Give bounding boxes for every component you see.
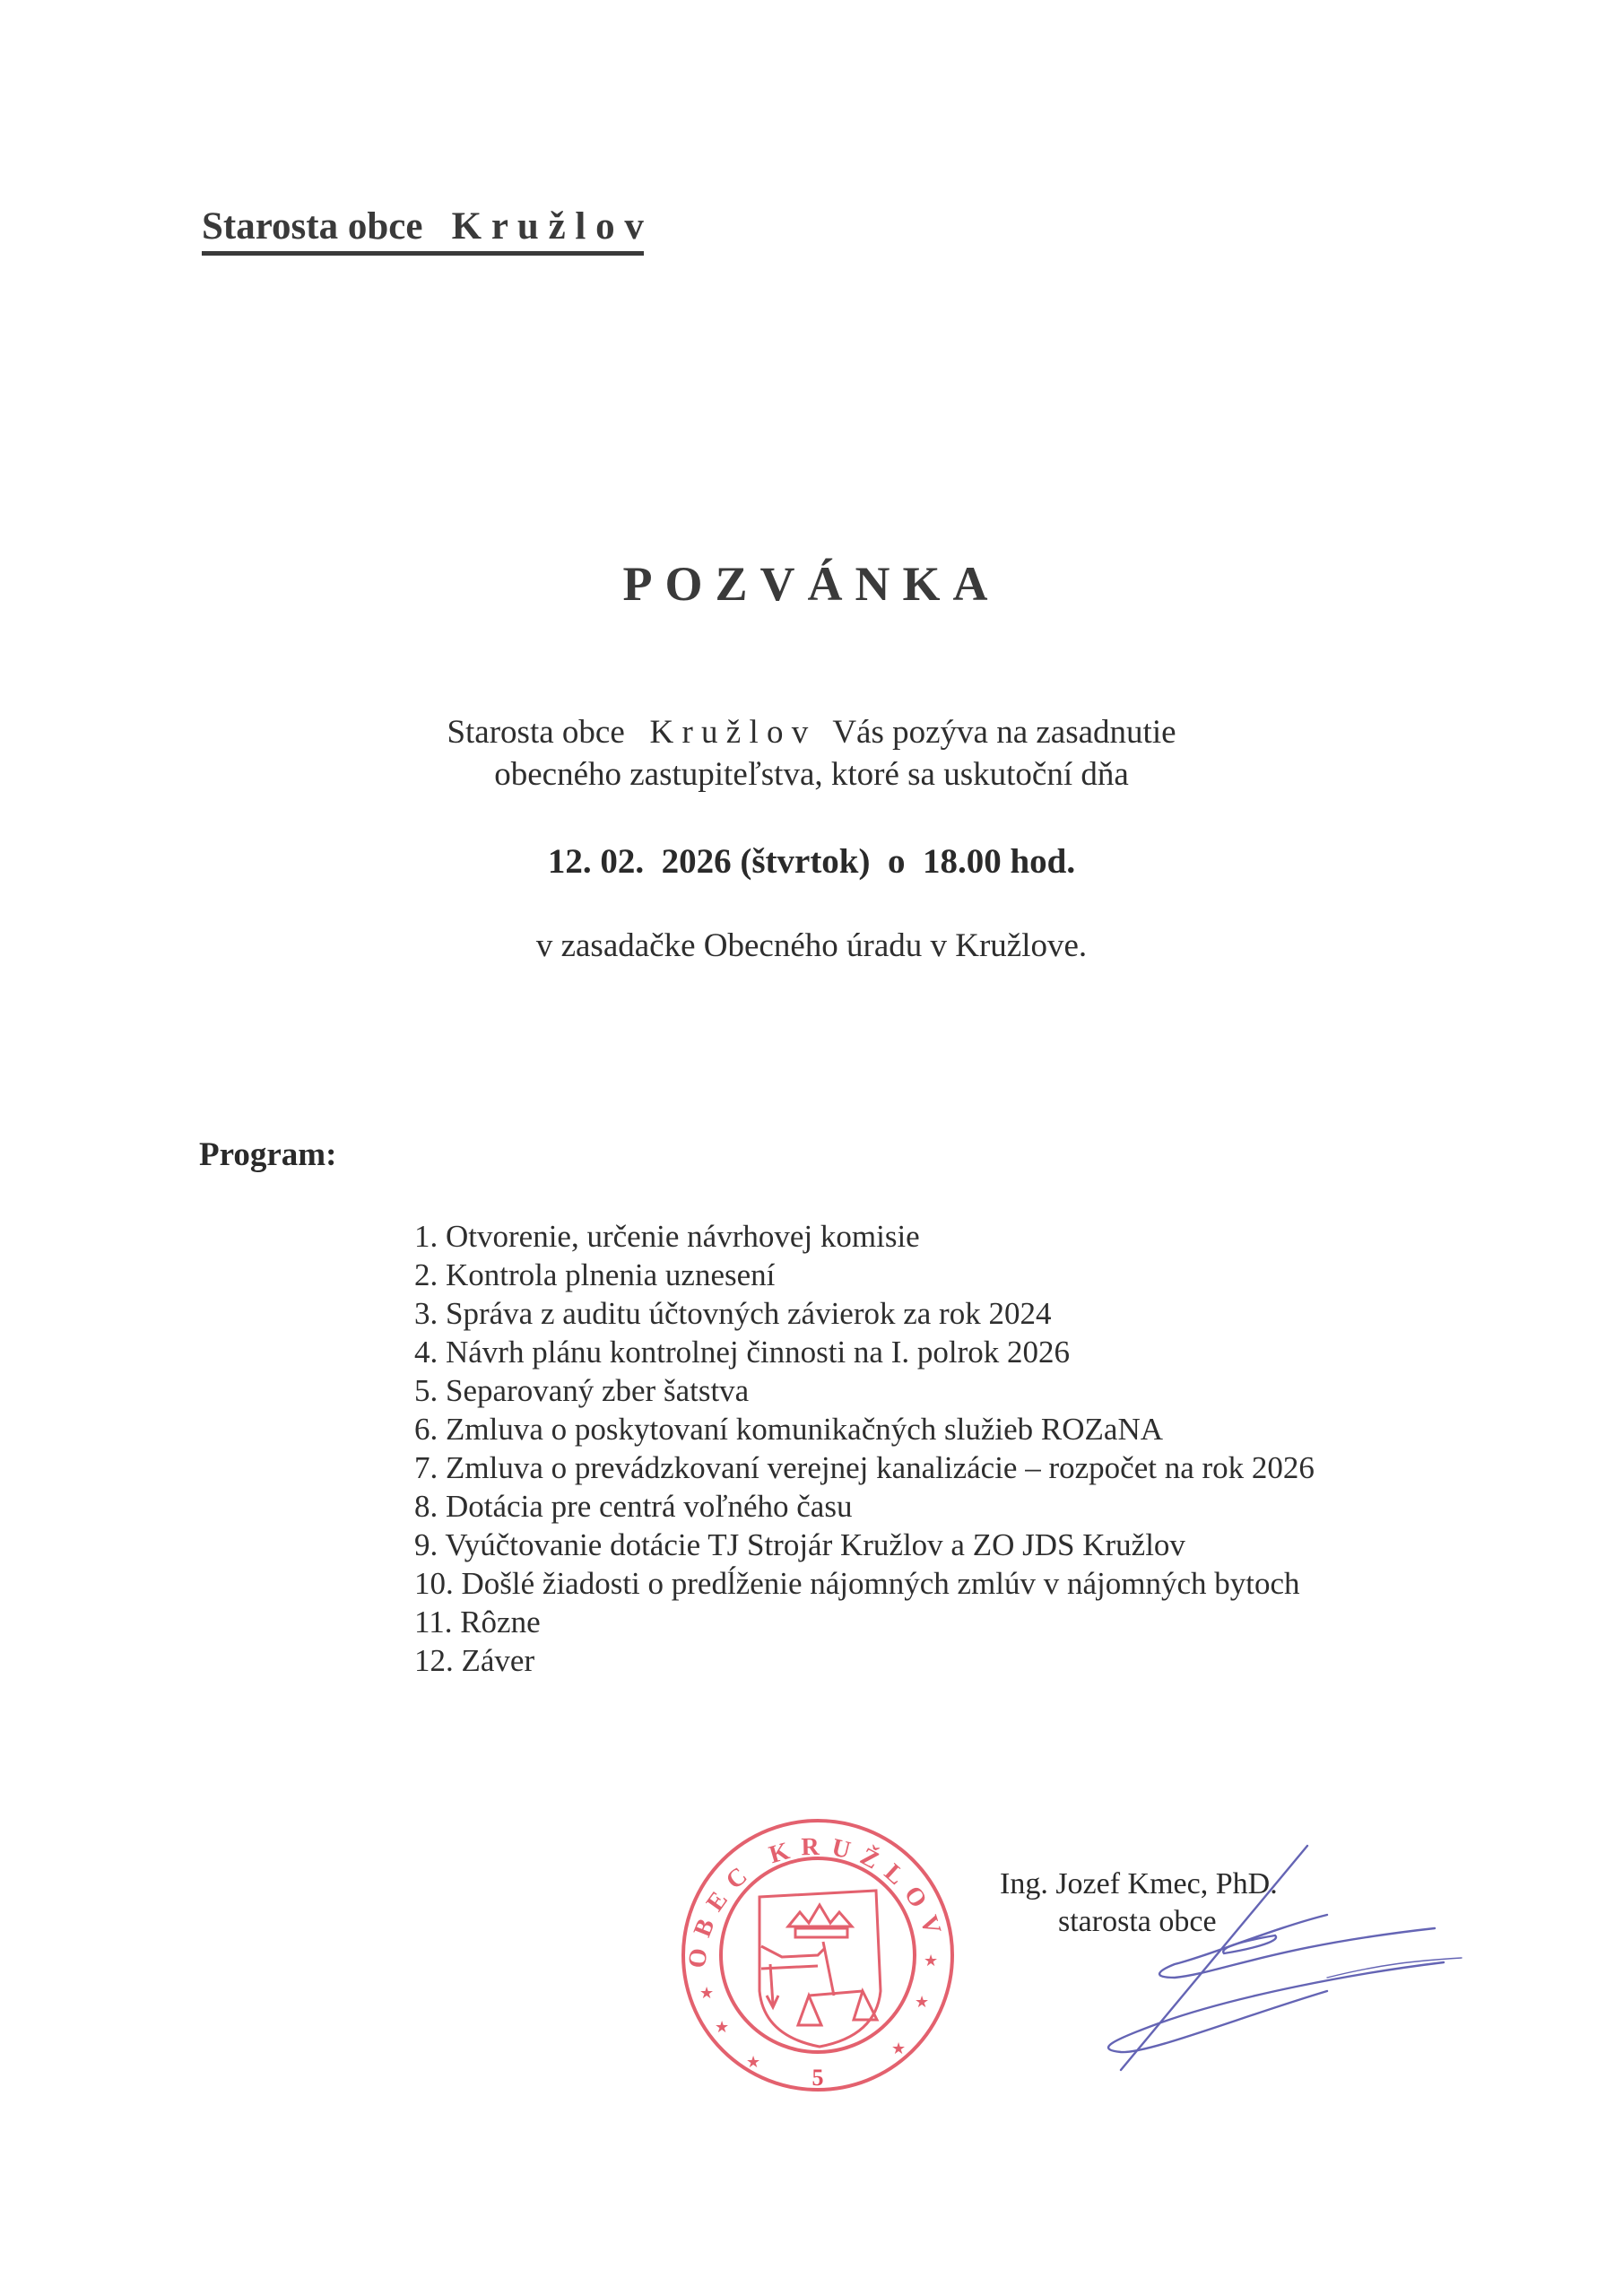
signatory-role: starosta obce <box>1058 1905 1217 1939</box>
svg-text:★: ★ <box>915 1993 929 2012</box>
signatory-name: Ing. Jozef Kmec, PhD. <box>1000 1867 1278 1901</box>
program-item: 8. Dotácia pre centrá voľného času <box>414 1487 1315 1526</box>
svg-text:★: ★ <box>924 1952 938 1970</box>
program-item: 2. Kontrola plnenia uznesení <box>414 1256 1315 1294</box>
program-item: 12. Záver <box>414 1641 1315 1680</box>
program-item: 3. Správa z auditu účtovných závierok za… <box>414 1294 1315 1333</box>
program-item: 10. Došlé žiadosti o predĺženie nájomnýc… <box>414 1564 1315 1603</box>
svg-text:★: ★ <box>715 2018 729 2037</box>
program-list: 1. Otvorenie, určenie návrhovej komisie … <box>414 1217 1315 1680</box>
svg-text:★: ★ <box>891 2039 906 2058</box>
program-item: 1. Otvorenie, určenie návrhovej komisie <box>414 1217 1315 1256</box>
program-item: 9. Vyúčtovanie dotácie TJ Strojár Kružlo… <box>414 1526 1315 1564</box>
meeting-date: 12. 02. 2026 (štvrtok) o 18.00 hod. <box>0 841 1623 882</box>
program-item: 11. Rôzne <box>414 1603 1315 1641</box>
program-item: 7. Zmluva o prevádzkovaní verejnej kanal… <box>414 1448 1315 1487</box>
program-label: Program: <box>199 1135 336 1174</box>
header-title: Starosta obce K r u ž l o v <box>202 204 644 256</box>
svg-text:★: ★ <box>746 2053 760 2072</box>
intro-line-2: obecného zastupiteľstva, ktoré sa uskuto… <box>0 755 1623 794</box>
intro-line-1: Starosta obce K r u ž l o v Vás pozýva n… <box>0 713 1623 752</box>
program-item: 5. Separovaný zber šatstva <box>414 1371 1315 1410</box>
program-item: 6. Zmluva o poskytovaní komunikačných sl… <box>414 1410 1315 1448</box>
svg-text:5: 5 <box>812 2065 824 2091</box>
svg-text:★: ★ <box>699 1984 714 2003</box>
svg-text:OBEC KRUŽLOV: OBEC KRUŽLOV <box>683 1833 950 1970</box>
municipal-seal-icon: OBEC KRUŽLOV ★ ★ ★ ★ ★ ★ 5 <box>674 1812 961 2099</box>
meeting-venue: v zasadačke Obecného úradu v Kružlove. <box>0 926 1623 965</box>
document-title: POZVÁNKA <box>0 556 1623 612</box>
program-item: 4. Návrh plánu kontrolnej činnosti na I.… <box>414 1333 1315 1371</box>
